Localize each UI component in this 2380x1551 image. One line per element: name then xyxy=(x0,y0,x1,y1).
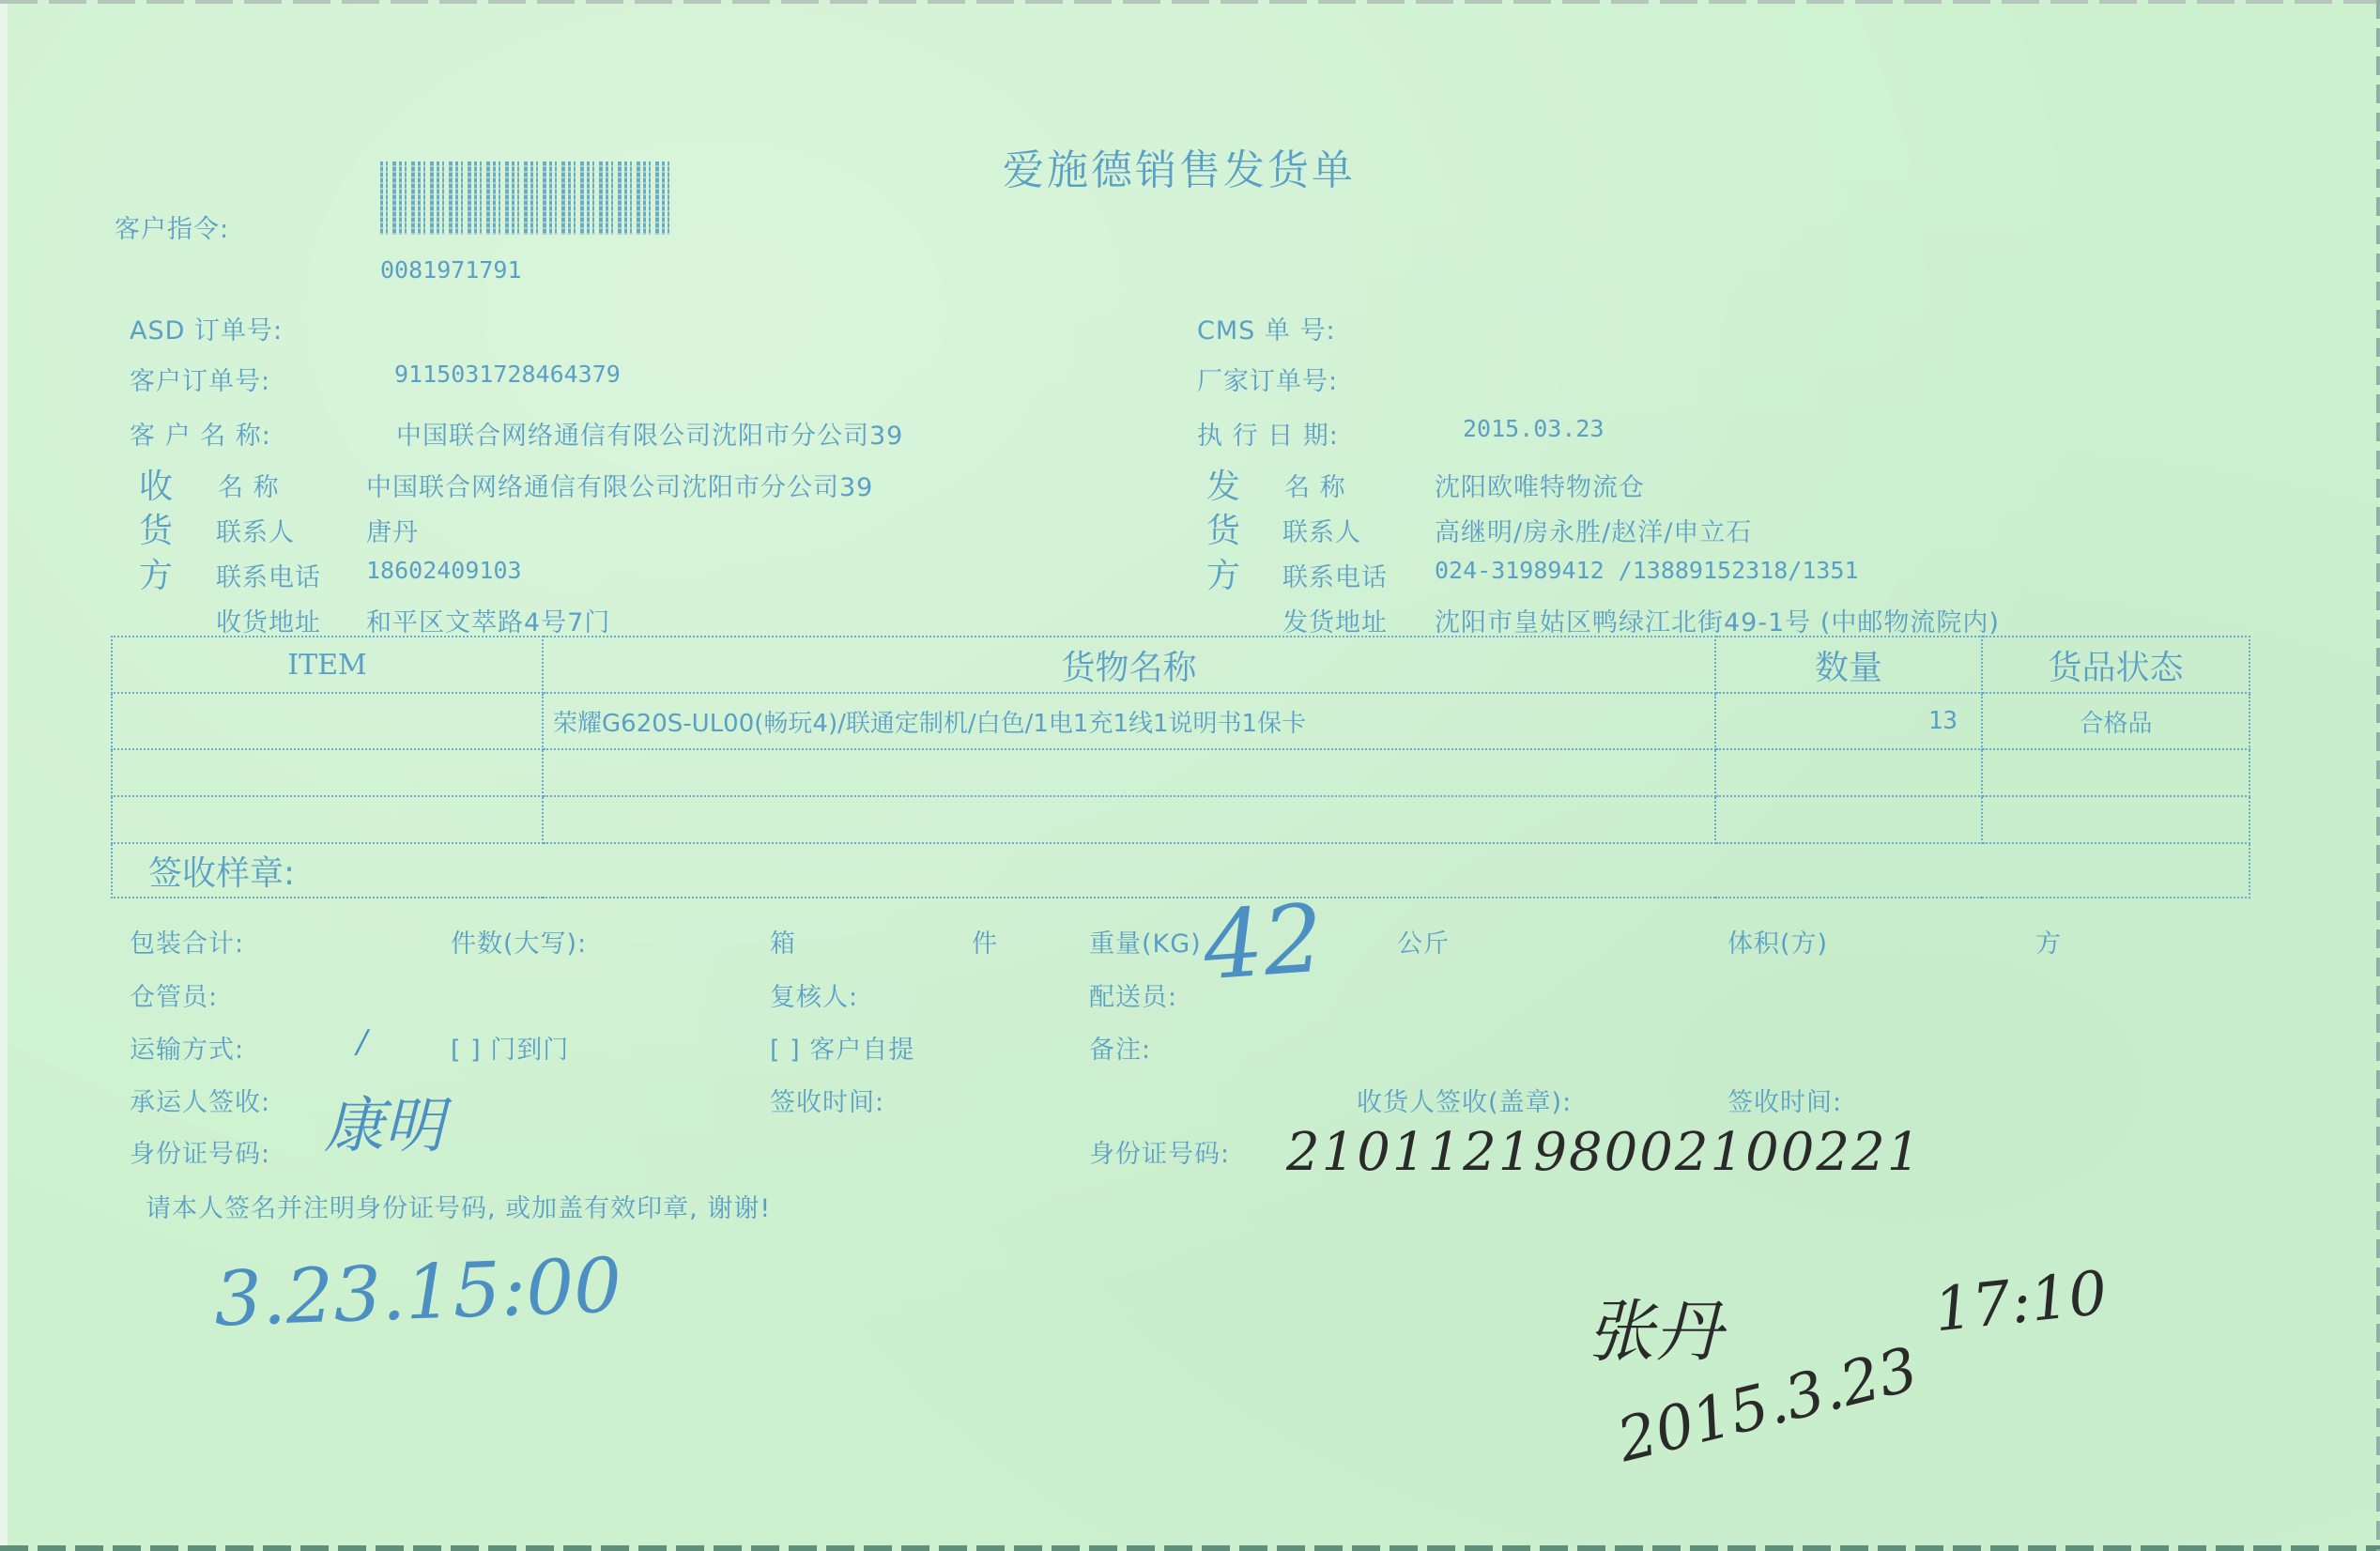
customer-instruction-value: 0081971791 xyxy=(380,256,522,284)
receiver-side-char-3: 方 xyxy=(139,549,174,597)
reviewer-label: 复核人: xyxy=(770,976,858,1013)
consignee-id-handwritten: 210112198002100221 xyxy=(1286,1122,1922,1183)
cell-quantity xyxy=(1715,796,1982,843)
customer-instruction-label: 客户指令: xyxy=(115,208,229,245)
sender-name-label: 名 称 xyxy=(1284,467,1346,503)
customer-order-value: 91150317284643​79 xyxy=(394,361,621,388)
factory-order-label: 厂家订单号: xyxy=(1197,361,1338,397)
pieces-label: 件数(大写): xyxy=(451,923,587,960)
warehouse-keeper-label: 仓管员: xyxy=(130,976,218,1013)
goods-table: ITEM 货物名称 数量 货品状态 荣耀G620S-UL00(畅玩4)/联通定制… xyxy=(111,636,2250,898)
cell-status xyxy=(1982,749,2249,796)
transport-label: 运输方式: xyxy=(130,1029,244,1066)
cell-quantity: 13 xyxy=(1715,693,1982,749)
col-header-goods-name: 货物名称 xyxy=(543,637,1715,693)
weight-label: 重量(KG) xyxy=(1089,923,1202,960)
sender-name-value: 沈阳欧唯特物流仓 xyxy=(1435,467,1645,503)
volume-unit: 方 xyxy=(2035,923,2062,960)
exec-date-label: 执 行 日 期: xyxy=(1197,415,1339,452)
kg-unit: 公斤 xyxy=(1397,923,1450,960)
asd-order-label: ASD 订单号: xyxy=(130,310,283,346)
customer-name-value: 中国联合网络通信有限公司沈阳市分公司39 xyxy=(396,415,903,452)
table-row xyxy=(112,796,2249,843)
col-header-quantity: 数量 xyxy=(1715,637,1982,693)
transport-mark: / xyxy=(357,1023,367,1061)
self-pickup-option[interactable]: [ ] 客户自提 xyxy=(770,1029,914,1066)
piece-label: 件 xyxy=(972,923,998,960)
cell-goods-name: 荣耀G620S-UL00(畅玩4)/联通定制机/白色/1电1充1线1说明书1保卡 xyxy=(543,693,1715,749)
cell-quantity xyxy=(1715,749,1982,796)
receiver-name-label: 名 称 xyxy=(218,467,280,503)
col-header-item: ITEM xyxy=(112,637,543,693)
cell-item xyxy=(112,693,543,749)
receiver-name-value: 中国联合网络通信有限公司沈阳市分公司39 xyxy=(366,467,873,503)
consignee-sign-label: 收货人签收(盖章): xyxy=(1357,1082,1572,1118)
sender-side-char-2: 货 xyxy=(1206,504,1241,552)
receiver-phone-value: 18602409103 xyxy=(366,557,522,584)
sender-phone-value: 024-31989412 /13889152318/1351 xyxy=(1435,557,1859,584)
sender-contact-label: 联系人 xyxy=(1282,512,1361,548)
table-row: 荣耀G620S-UL00(畅玩4)/联通定制机/白色/1电1充1线1说明书1保卡… xyxy=(112,693,2249,749)
goods-table-header: ITEM 货物名称 数量 货品状态 xyxy=(112,637,2249,693)
weight-handwritten: 42 xyxy=(1200,883,1327,1002)
sender-side-char-3: 方 xyxy=(1206,549,1241,597)
carrier-signature: 康明 xyxy=(324,1078,444,1164)
carrier-sign-time-label: 签收时间: xyxy=(770,1082,884,1118)
sender-address-value: 沈阳市皇姑区鸭绿江北街49-1号 (中邮物流院内) xyxy=(1435,602,2000,638)
receiver-side-char-2: 货 xyxy=(139,504,174,552)
receiver-address-label: 收货地址 xyxy=(216,602,321,638)
col-header-status: 货品状态 xyxy=(1982,637,2249,693)
package-total-label: 包装合计: xyxy=(130,923,244,960)
sender-address-label: 发货地址 xyxy=(1282,602,1388,638)
barcode-icon xyxy=(380,161,669,235)
cell-goods-name xyxy=(543,796,1715,843)
exec-date-value: 2015.03.23 xyxy=(1463,415,1605,442)
carrier-sign-label: 承运人签收: xyxy=(130,1082,270,1118)
document-title: 爱施德销售发货单 xyxy=(1003,136,1356,196)
cell-item xyxy=(112,749,543,796)
receiver-contact-label: 联系人 xyxy=(216,512,295,548)
volume-label: 体积(方) xyxy=(1727,923,1828,960)
paper-left-edge xyxy=(0,0,8,1551)
receiver-contact-value: 唐丹 xyxy=(366,512,419,548)
receiver-address-value: 和平区文萃路4号7门 xyxy=(366,602,610,638)
signature-notice: 请本人签名并注明身份证号码, 或加盖有效印章, 谢谢! xyxy=(146,1188,771,1224)
receiver-side-char-1: 收 xyxy=(139,460,174,508)
door-to-door-option[interactable]: [ ] 门到门 xyxy=(451,1029,569,1066)
sign-stamp-label: 签收样章: xyxy=(112,843,2249,898)
customer-order-label: 客户订单号: xyxy=(130,361,270,397)
sender-contact-value: 高继明/房永胜/赵洋/申立石 xyxy=(1435,512,1752,548)
cell-goods-name xyxy=(543,749,1715,796)
consignee-time-handwritten: 17:10 xyxy=(1931,1259,2111,1346)
sign-stamp-row: 签收样章: xyxy=(112,843,2249,898)
cell-status xyxy=(1982,796,2249,843)
sender-side-char-1: 发 xyxy=(1206,460,1241,508)
perforation-right xyxy=(2376,0,2380,1551)
customer-name-label: 客 户 名 称: xyxy=(130,415,271,452)
delivery-person-label: 配送员: xyxy=(1089,976,1177,1013)
carrier-id-label: 身份证号码: xyxy=(130,1133,270,1170)
box-label: 箱 xyxy=(770,923,796,960)
cell-item xyxy=(112,796,543,843)
receiver-phone-label: 联系电话 xyxy=(216,557,321,593)
consignee-signature: 张丹 xyxy=(1587,1277,1722,1374)
cms-label: CMS 单 号: xyxy=(1197,310,1336,346)
consignee-id-label: 身份证号码: xyxy=(1089,1133,1230,1170)
perforation-bottom xyxy=(0,1545,2380,1551)
table-row xyxy=(112,749,2249,796)
consignee-sign-time-label: 签收时间: xyxy=(1727,1082,1842,1118)
carrier-time-handwritten: 3.23.15:00 xyxy=(213,1241,623,1343)
remarks-label: 备注: xyxy=(1089,1029,1151,1066)
cell-status: 合格品 xyxy=(1982,693,2249,749)
sender-phone-label: 联系电话 xyxy=(1282,557,1388,593)
perforation-top xyxy=(0,0,2380,4)
